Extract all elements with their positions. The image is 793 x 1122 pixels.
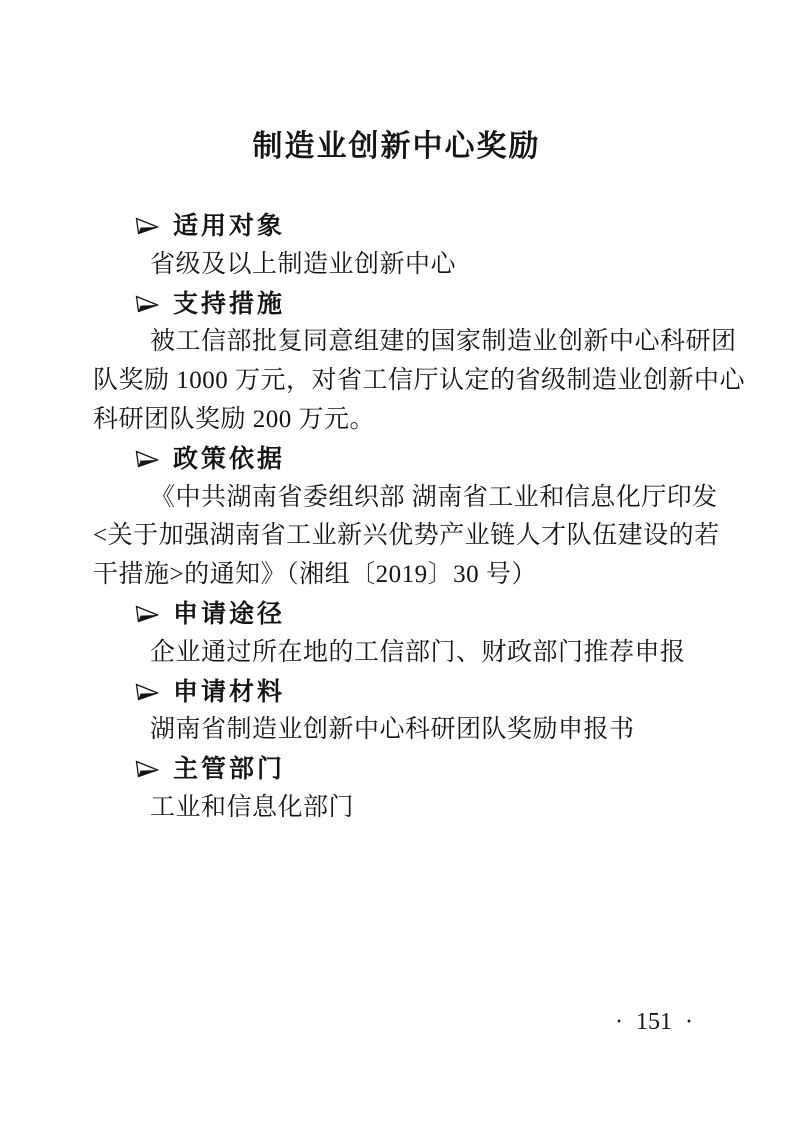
section-heading-label: 适用对象 (173, 211, 285, 240)
body-line: 工业和信息化部门 (93, 789, 709, 828)
section-heading-label: 申请材料 (173, 677, 285, 706)
page-title: 制造业创新中心奖励 (0, 128, 793, 166)
arrowhead-bullet-icon (135, 605, 159, 624)
section-heading-label: 政策依据 (173, 444, 285, 473)
body-line: 干措施>的通知》（湘组〔2019〕30 号） (93, 556, 709, 595)
section-heading: 政策依据 (93, 440, 709, 479)
body-line: 企业通过所在地的工信部门、财政部门推荐申报 (93, 634, 709, 673)
body-line: 科研团队奖励 200 万元。 (93, 401, 709, 440)
section-heading: 申请材料 (93, 673, 709, 712)
section-heading-label: 主管部门 (173, 754, 285, 783)
arrowhead-bullet-icon (135, 217, 159, 236)
section-heading-label: 申请途径 (173, 599, 285, 628)
section-heading: 适用对象 (93, 207, 709, 246)
body-line: 被工信部批复同意组建的国家制造业创新中心科研团 (93, 323, 709, 362)
arrowhead-bullet-icon (135, 450, 159, 469)
section-heading: 主管部门 (93, 750, 709, 789)
body-line: 队奖励 1000 万元，对省工信厅认定的省级制造业创新中心 (93, 362, 709, 401)
page-number: ·151· (615, 1006, 693, 1038)
arrowhead-bullet-icon (135, 683, 159, 702)
body-line: 湖南省制造业创新中心科研团队奖励申报书 (93, 711, 709, 750)
content-area: 适用对象 省级及以上制造业创新中心 支持措施 被工信部批复同意组建的国家制造业创… (93, 207, 709, 828)
page-number-left-dot: · (615, 1009, 623, 1035)
body-line: 省级及以上制造业创新中心 (93, 246, 709, 285)
section-heading: 支持措施 (93, 285, 709, 324)
page-number-value: 151 (636, 1009, 672, 1035)
arrowhead-bullet-icon (135, 295, 159, 314)
body-line: <关于加强湖南省工业新兴优势产业链人才队伍建设的若 (93, 517, 709, 556)
document-page: 制造业创新中心奖励 适用对象 省级及以上制造业创新中心 支持措施 被工信部批复同… (0, 0, 793, 1122)
section-heading-label: 支持措施 (173, 289, 285, 318)
arrowhead-bullet-icon (135, 760, 159, 779)
page-number-right-dot: · (685, 1009, 693, 1035)
section-heading: 申请途径 (93, 595, 709, 634)
body-line: 《中共湖南省委组织部 湖南省工业和信息化厅印发 (93, 479, 709, 518)
